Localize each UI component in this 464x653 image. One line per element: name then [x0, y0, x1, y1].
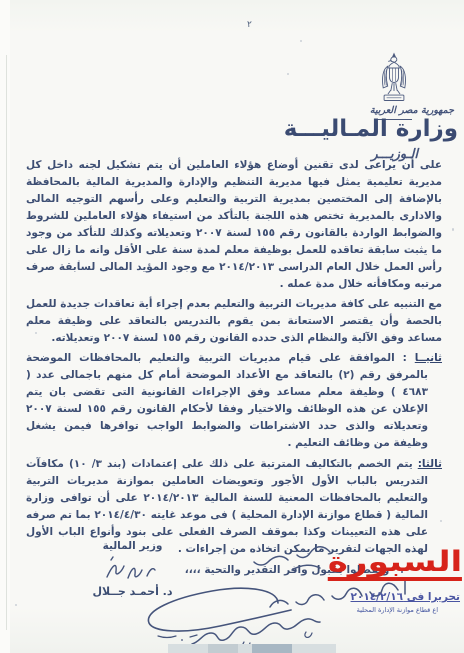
department-note: اع قطاع موازنة الإدارة المحلية	[357, 606, 438, 614]
bottom-scan-artifact-dark	[252, 644, 292, 653]
egypt-eagle-emblem-icon	[376, 52, 412, 104]
paragraph-committee: على أن يراعى لدى تقنين أوضاع هؤلاء العام…	[26, 157, 442, 293]
minister-signature-icon	[101, 554, 165, 584]
date-line: تحريرا فى ٢٠١٤/٢/١٦	[351, 591, 460, 603]
paragraph-notice: مع التنبيه على كافة مديريات التربية والت…	[26, 296, 442, 347]
clause-second: ثانيــا : الموافقة على قيام مديريات التر…	[26, 350, 442, 452]
ministry-title: وزارة المـاليـــة	[284, 116, 458, 142]
scan-speck	[15, 604, 17, 606]
red-watermark-stamp: السبورة	[327, 550, 462, 581]
scan-speck	[300, 40, 302, 42]
scan-speck	[452, 228, 454, 231]
document-page: ٢ جمهورية مصر العربية وزارة المـاليـــة …	[0, 0, 464, 653]
page-number: ٢	[247, 20, 252, 30]
bottom-scan-artifact-mid	[208, 644, 238, 653]
scan-speck	[287, 73, 289, 75]
signatory-title: وزير المالية	[75, 540, 190, 552]
clause-third-marker: ثالثا:	[418, 458, 442, 470]
clause-second-separator: :	[395, 352, 415, 364]
letter-body: على أن يراعى لدى تقنين أوضاع هؤلاء العام…	[26, 157, 442, 579]
clause-second-marker: ثانيــا	[415, 352, 442, 364]
scan-edge-strip	[0, 0, 10, 653]
republic-title: جمهورية مصر العربية	[370, 105, 454, 116]
bottom-scan-artifact	[168, 644, 336, 653]
scan-fold-line	[6, 55, 7, 630]
clause-second-text: الموافقة على قيام مديريات التربية والتعل…	[26, 352, 428, 449]
